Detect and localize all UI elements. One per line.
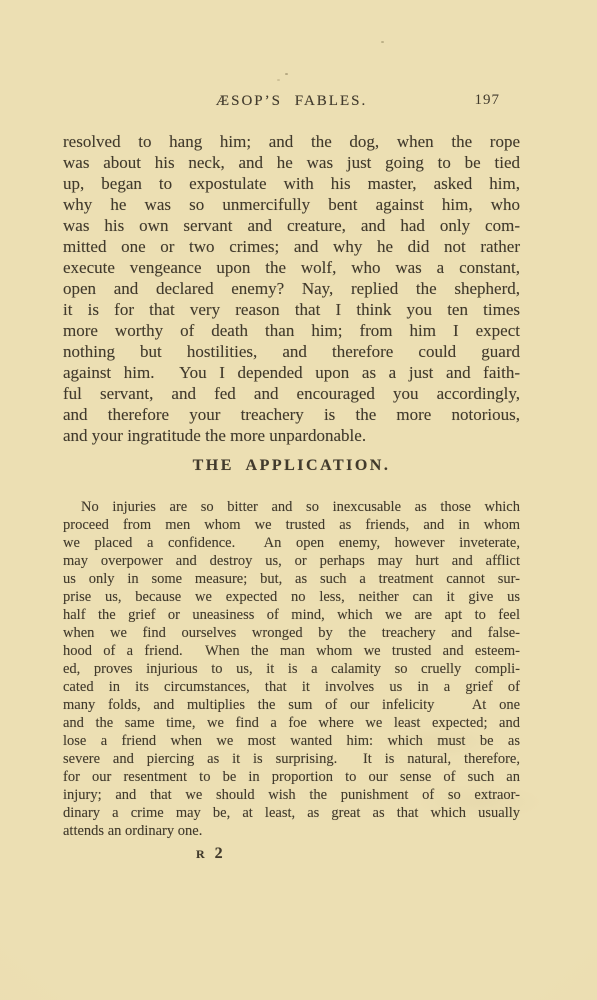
text-line: hood of a friend. When the man whom we t… <box>63 642 520 660</box>
text-line: why he was so unmercifully bent against … <box>63 194 520 215</box>
text-line: was about his neck, and he was just goin… <box>63 152 520 173</box>
text-line: us only in some measure; but, as such a … <box>63 570 520 588</box>
text-line: was his own servant and creature, and ha… <box>63 215 520 236</box>
application-heading: THE APPLICATION. <box>63 457 520 475</box>
text-line: and the same time, we find a foe where w… <box>63 714 520 732</box>
text-line: may overpower and destroy us, or perhaps… <box>63 552 520 570</box>
text-line: many folds, and multiplies the sum of ou… <box>63 696 520 714</box>
page-number: 197 <box>475 92 501 109</box>
text-line: when we find ourselves wronged by the tr… <box>63 624 520 642</box>
text-line: attends an ordinary one. <box>63 822 520 840</box>
application-paragraph: No injuries are so bitter and so inexcus… <box>63 498 520 840</box>
running-header: ÆSOP’S FABLES. 197 <box>63 92 520 110</box>
text-line: up, began to expostulate with his master… <box>63 173 520 194</box>
text-line: against him. You I depended upon as a ju… <box>63 362 520 383</box>
text-line: cated in its circumstances, that it invo… <box>63 678 520 696</box>
text-line: resolved to hang him; and the dog, when … <box>63 131 520 152</box>
text-line: execute vengeance upon the wolf, who was… <box>63 257 520 278</box>
signature-mark: R 2 <box>196 845 226 863</box>
text-line: No injuries are so bitter and so inexcus… <box>63 498 520 516</box>
text-line: we placed a confidence. An open enemy, h… <box>63 534 520 552</box>
text-line: and your ingratitude the more unpardonab… <box>63 425 520 446</box>
text-line: it is for that very reason that I think … <box>63 299 520 320</box>
text-line: mitted one or two crimes; and why he did… <box>63 236 520 257</box>
text-line: proceed from men whom we trusted as frie… <box>63 516 520 534</box>
text-line: for our resentment to be in proportion t… <box>63 768 520 786</box>
text-line: lose a friend when we most wanted him: w… <box>63 732 520 750</box>
book-page: ÆSOP’S FABLES. 197 resolved to hang him;… <box>0 0 597 1000</box>
text-line: and therefore your treachery is the more… <box>63 404 520 425</box>
text-line: severe and piercing as it is surprising.… <box>63 750 520 768</box>
text-line: ed, proves injurious to us, it is a cala… <box>63 660 520 678</box>
text-line: nothing but hostilities, and therefore c… <box>63 341 520 362</box>
text-line: open and declared enemy? Nay, replied th… <box>63 278 520 299</box>
page-header-title: ÆSOP’S FABLES. <box>216 93 367 109</box>
story-paragraph: resolved to hang him; and the dog, when … <box>63 131 520 446</box>
text-line: prise us, because we expected no less, n… <box>63 588 520 606</box>
text-line: dinary a crime may be, at least, as grea… <box>63 804 520 822</box>
text-line: more worthy of death than him; from him … <box>63 320 520 341</box>
text-line: ful servant, and fed and encouraged you … <box>63 383 520 404</box>
text-line: injury; and that we should wish the puni… <box>63 786 520 804</box>
text-line: half the grief or uneasiness of mind, wh… <box>63 606 520 624</box>
